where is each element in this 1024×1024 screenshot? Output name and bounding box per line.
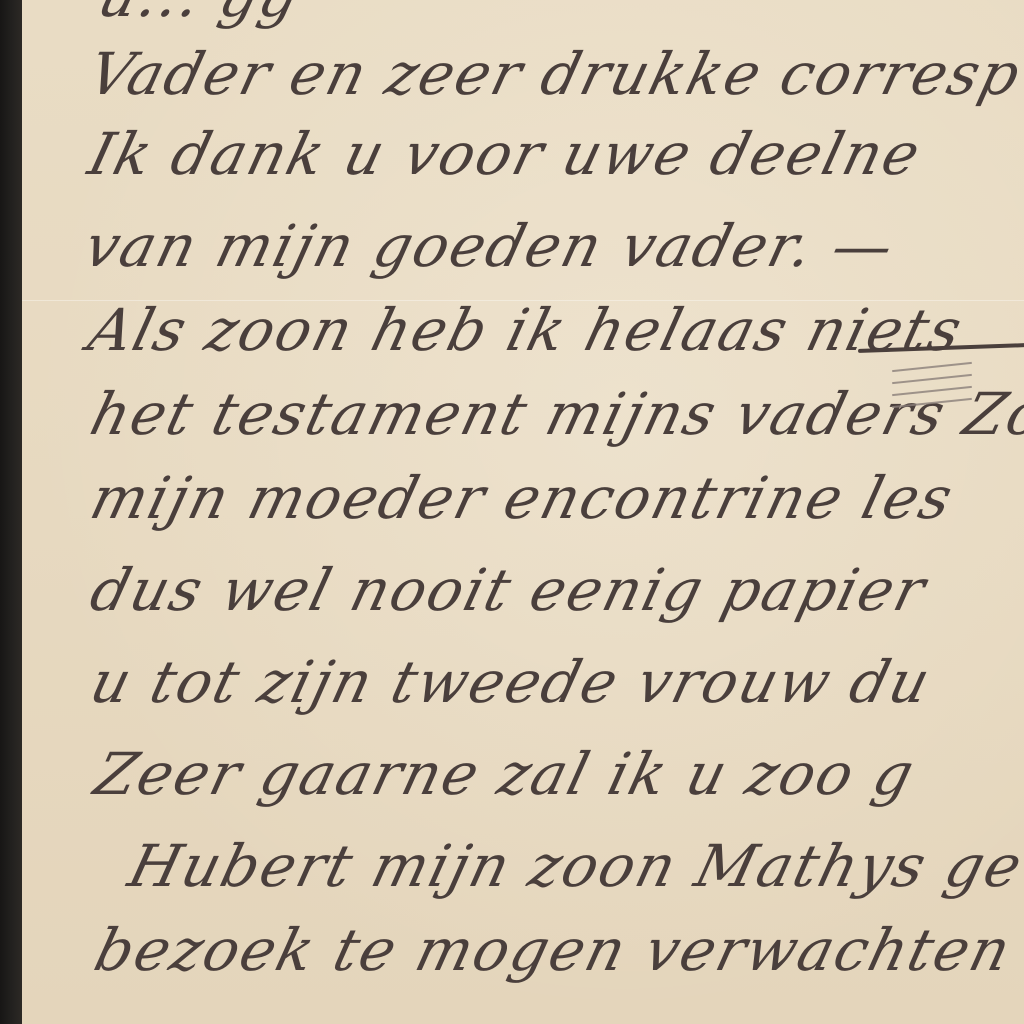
letter-line-10: Hubert mijn zoon Mathys ge (122, 832, 1024, 900)
letter-line-6: mijn moeder encontrine les (84, 464, 961, 532)
letter-line-7: dus wel nooit eenig papier (84, 556, 934, 624)
letter-line-11: bezoek te mogen verwachten (88, 916, 1019, 984)
document-viewer: u... gg Vader en zeer drukke corresp Ik … (0, 0, 1024, 1024)
letter-line-3: van mijn goeden vader. — (78, 212, 902, 280)
letter-line-9: Zeer gaarne zal ik u zoo g (88, 740, 922, 808)
letter-line-0: u... gg (92, 0, 308, 30)
letter-line-5: het testament mijns vaders Zo (84, 380, 1024, 448)
binding-edge (0, 0, 22, 1024)
letter-line-4: Als zoon heb ik helaas niets (82, 296, 970, 364)
letter-page: u... gg Vader en zeer drukke corresp Ik … (22, 0, 1024, 1024)
letter-line-1: Vader en zeer drukke corresp (82, 40, 1024, 108)
letter-line-2: Ik dank u voor uwe deelne (82, 120, 928, 188)
crossed-out-mark (892, 358, 982, 418)
letter-line-8: u tot zijn tweede vrouw du (84, 648, 938, 716)
